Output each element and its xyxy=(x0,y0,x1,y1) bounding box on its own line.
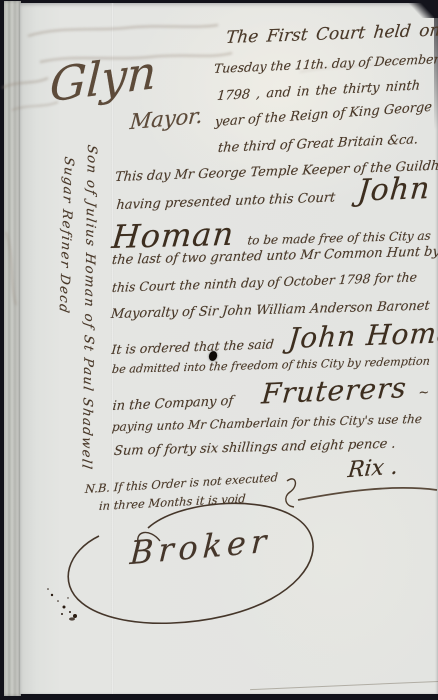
body-text: in the Company of xyxy=(112,394,234,414)
body-text: ~ xyxy=(418,385,430,401)
body-text: having presented unto this Court xyxy=(116,190,336,213)
company-name-big: Fruterers xyxy=(260,371,408,410)
scanned-manuscript-scene: Glyn Mayor. The First Court held on Tues… xyxy=(0,0,438,700)
book-page-edges xyxy=(4,1,21,696)
page-corner-shadow xyxy=(398,0,438,18)
body-text: It is ordered that the said xyxy=(111,336,275,357)
freeman-name-big: John Homan xyxy=(287,315,438,355)
freeman-name-big: John xyxy=(356,171,432,209)
clerk-signature: Rix . xyxy=(347,454,400,483)
